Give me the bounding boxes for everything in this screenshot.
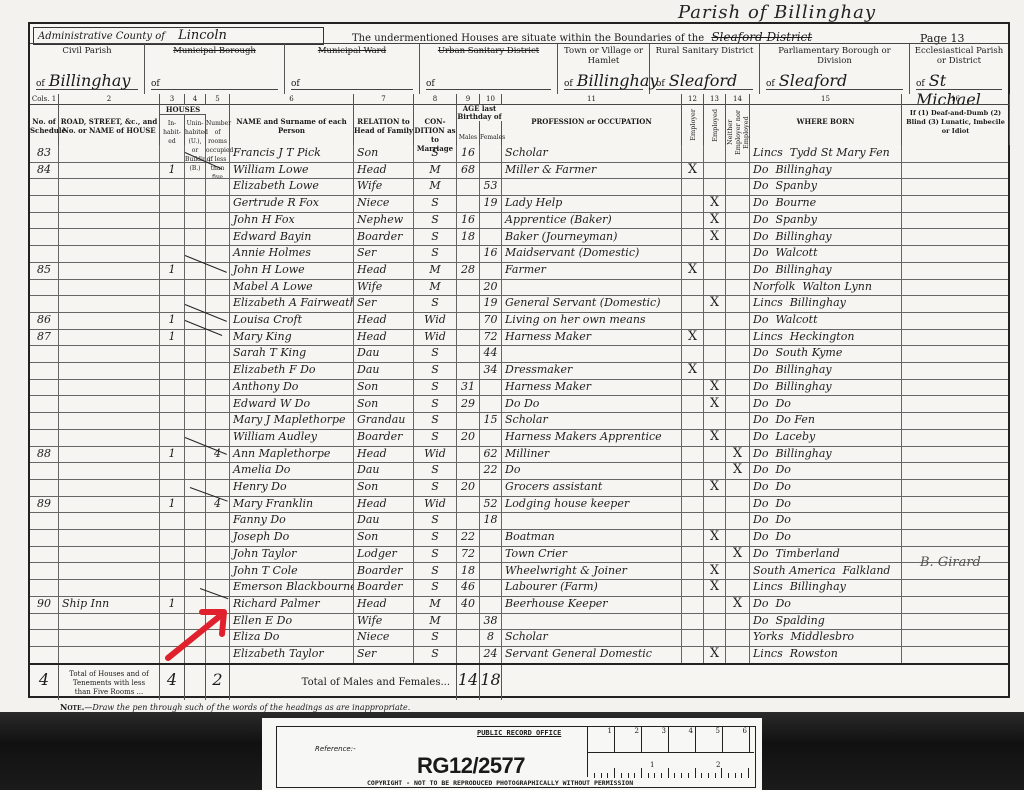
cell-empty: [902, 295, 1010, 312]
cell-employed: [704, 613, 726, 630]
district-label: Town or Village or Hamlet: [558, 46, 649, 66]
cell-empty: [185, 412, 206, 429]
cell-empty: [902, 596, 1010, 613]
ruler-tick: [614, 768, 615, 778]
cell-address: [59, 229, 160, 246]
cell-schedule: 88: [30, 446, 59, 463]
cell-male-age: 20: [457, 429, 480, 446]
cell-where-born: Do Bourne: [750, 195, 902, 212]
cell-occupation: Beerhouse Keeper: [502, 596, 682, 613]
cell-condition: S: [414, 563, 457, 580]
cell-male-age: 22: [457, 529, 480, 546]
cell-empty: [902, 479, 1010, 496]
cell-schedule: [30, 629, 59, 646]
cell-female-age: [480, 229, 502, 246]
cell-female-age: 19: [480, 195, 502, 212]
cell-inhabited: [160, 178, 185, 195]
cell-employed: [704, 596, 726, 613]
cell-name: Gertrude R Fox: [230, 195, 354, 212]
column-header-5: 5Number of rooms occupied if less than f…: [206, 94, 230, 145]
table-row: Elizabeth LoweWifeM53Do Spanby: [30, 178, 1008, 196]
cell-neither: [726, 145, 750, 162]
cell-rooms: [206, 178, 230, 195]
cell-rooms: [206, 379, 230, 396]
cell-condition: S: [414, 396, 457, 413]
cell-empty: [902, 646, 1010, 663]
table-row: Edward W DoSonS29Do DoXDo Do: [30, 396, 1008, 414]
total-males: 14: [457, 665, 480, 700]
cell-where-born: Lincs Billinghay: [750, 579, 902, 596]
table-row: 841William LoweHeadM68Miller & FarmerXDo…: [30, 162, 1008, 180]
cell-occupation: [502, 613, 682, 630]
cell-female-age: [480, 396, 502, 413]
cell-name: Mary Franklin: [230, 496, 354, 513]
district-field: Urban Sanitary Districtof: [420, 44, 558, 94]
table-row: Gertrude R FoxNieceS19Lady HelpXDo Bourn…: [30, 195, 1008, 213]
district-label: Municipal Borough: [145, 46, 284, 56]
ruler-tick: [728, 773, 729, 778]
cell-where-born: Do Billinghay: [750, 262, 902, 279]
cell-occupation: [502, 345, 682, 362]
cell-neither: [726, 629, 750, 646]
district-value: of: [151, 71, 278, 90]
cell-employed: X: [704, 646, 726, 663]
cell-empty: [902, 629, 1010, 646]
cell-neither: [726, 512, 750, 529]
cell-empty: [902, 412, 1010, 429]
cell-relation: Ser: [354, 646, 414, 663]
cell-female-age: 44: [480, 345, 502, 362]
cell-schedule: [30, 546, 59, 563]
cell-empty: [902, 262, 1010, 279]
cell-where-born: Norfolk Walton Lynn: [750, 279, 902, 296]
cell-where-born: Do Billinghay: [750, 446, 902, 463]
cell-neither: [726, 262, 750, 279]
reference-label-card: PUBLIC RECORD OFFICE Reference:- RG12/25…: [262, 718, 762, 790]
cell-rooms: [206, 396, 230, 413]
cell-condition: S: [414, 512, 457, 529]
cell-female-age: [480, 596, 502, 613]
cell-address: [59, 362, 160, 379]
reference-label: Reference:-: [315, 745, 356, 753]
cell-empty: [902, 279, 1010, 296]
cell-condition: S: [414, 245, 457, 262]
cell-condition: S: [414, 479, 457, 496]
cell-empty: [185, 262, 206, 279]
cell-employer: [682, 279, 704, 296]
cell-employer: [682, 546, 704, 563]
cell-schedule: [30, 579, 59, 596]
cell-schedule: [30, 396, 59, 413]
cell-neither: [726, 229, 750, 246]
ruler-cm-mark: 4: [669, 727, 696, 752]
cell-employed: X: [704, 396, 726, 413]
cell-employer: [682, 529, 704, 546]
cell-relation: Ser: [354, 295, 414, 312]
column-header-16: 16If (1) Deaf-and-Dumb (2) Blind (3) Lun…: [902, 94, 1010, 145]
cell-male-age: 72: [457, 546, 480, 563]
cell-schedule: 84: [30, 162, 59, 179]
cell-relation: Son: [354, 396, 414, 413]
district-label: Parliamentary Borough or Division: [760, 46, 909, 66]
ruler-cm-mark: 6: [723, 727, 750, 752]
total-schedules: 4: [30, 665, 59, 700]
cell-where-born: Do Do: [750, 529, 902, 546]
cell-male-age: [457, 362, 480, 379]
cell-occupation: Harness Makers Apprentice: [502, 429, 682, 446]
cell-rooms: [206, 345, 230, 362]
cell-relation: Ser: [354, 245, 414, 262]
cell-neither: [726, 412, 750, 429]
cell-relation: Lodger: [354, 546, 414, 563]
copyright-notice: COPYRIGHT - NOT TO BE REPRODUCED PHOTOGR…: [367, 779, 633, 787]
cell-name: Sarah T King: [230, 345, 354, 362]
cell-relation: Boarder: [354, 229, 414, 246]
cell-occupation: Grocers assistant: [502, 479, 682, 496]
cell-employer: [682, 396, 704, 413]
cell-where-born: Do South Kyme: [750, 345, 902, 362]
district-value: ofSt Michael: [916, 71, 1002, 90]
cell-employed: [704, 145, 726, 162]
cell-male-age: 28: [457, 262, 480, 279]
district-label: Urban Sanitary District: [420, 46, 557, 56]
cell-condition: S: [414, 229, 457, 246]
table-row: William AudleyBoarderS20Harness Makers A…: [30, 429, 1008, 447]
cell-empty: [185, 396, 206, 413]
cell-inhabited: [160, 379, 185, 396]
table-row: John T ColeBoarderS18Wheelwright & Joine…: [30, 563, 1008, 581]
cell-relation: Dau: [354, 345, 414, 362]
ruler-tick: [607, 773, 608, 778]
ruler-tick: [688, 773, 689, 778]
table-row: 83Francis J T PickSonS16ScholarLincs Tyd…: [30, 145, 1008, 163]
cell-male-age: [457, 312, 480, 329]
cell-employer: [682, 512, 704, 529]
cell-condition: S: [414, 345, 457, 362]
ruler-inch-num: 2: [716, 761, 720, 769]
cell-address: [59, 629, 160, 646]
cell-employer: [682, 195, 704, 212]
cell-employed: [704, 162, 726, 179]
cell-condition: S: [414, 546, 457, 563]
cell-relation: Boarder: [354, 563, 414, 580]
cell-where-born: Do Spalding: [750, 613, 902, 630]
cell-relation: Head: [354, 162, 414, 179]
cell-inhabited: 1: [160, 329, 185, 346]
cell-employed: [704, 362, 726, 379]
cell-empty: [902, 462, 1010, 479]
cell-schedule: [30, 429, 59, 446]
cell-relation: Niece: [354, 195, 414, 212]
cell-female-age: 62: [480, 446, 502, 463]
cell-empty: [185, 546, 206, 563]
cell-empty: [902, 579, 1010, 596]
cell-relation: Nephew: [354, 212, 414, 229]
cell-address: [59, 462, 160, 479]
ruler-tick: [721, 768, 722, 778]
cell-female-age: 34: [480, 362, 502, 379]
cell-occupation: Apprentice (Baker): [502, 212, 682, 229]
cell-name: Louisa Croft: [230, 312, 354, 329]
cell-neither: [726, 212, 750, 229]
cell-occupation: Scholar: [502, 145, 682, 162]
cell-condition: S: [414, 529, 457, 546]
district-label: Municipal Ward: [285, 46, 419, 56]
cell-female-age: [480, 479, 502, 496]
ruler-tick: [594, 773, 595, 778]
cell-empty: [185, 496, 206, 513]
cell-condition: M: [414, 262, 457, 279]
district-field: Municipal Wardof: [285, 44, 420, 94]
ruler-tick: [634, 773, 635, 778]
cell-employed: X: [704, 579, 726, 596]
cell-female-age: [480, 546, 502, 563]
cell-occupation: Farmer: [502, 262, 682, 279]
side-annotation: B. Girard: [920, 555, 981, 570]
cell-address: [59, 479, 160, 496]
cell-empty: [185, 563, 206, 580]
cell-female-age: 8: [480, 629, 502, 646]
cell-relation: Dau: [354, 362, 414, 379]
cell-neither: [726, 345, 750, 362]
cell-occupation: Do: [502, 462, 682, 479]
cell-empty: [902, 162, 1010, 179]
cell-occupation: Baker (Journeyman): [502, 229, 682, 246]
cell-name: Richard Palmer: [230, 596, 354, 613]
cell-female-age: 52: [480, 496, 502, 513]
cell-schedule: [30, 512, 59, 529]
cell-employer: [682, 412, 704, 429]
cell-inhabited: [160, 279, 185, 296]
cell-where-born: Lincs Tydd St Mary Fen: [750, 145, 902, 162]
column-header-4: 4Unin-habited (U.), or Building (B.): [185, 94, 206, 145]
cell-condition: M: [414, 596, 457, 613]
table-row: Emerson BlackbourneBoarderS46Labourer (F…: [30, 579, 1008, 597]
cell-rooms: [206, 579, 230, 596]
cell-female-age: 22: [480, 462, 502, 479]
footer-note: Note.—Draw the pen through such of the w…: [60, 702, 410, 712]
cell-schedule: [30, 229, 59, 246]
table-row: Henry DoSonS20Grocers assistantXDo Do: [30, 479, 1008, 497]
cell-neither: X: [726, 446, 750, 463]
cell-name: John H Lowe: [230, 262, 354, 279]
district-field: Parliamentary Borough or DivisionofSleaf…: [760, 44, 910, 94]
cell-neither: [726, 295, 750, 312]
cell-schedule: [30, 479, 59, 496]
cell-male-age: 31: [457, 379, 480, 396]
cell-employed: X: [704, 212, 726, 229]
district-field: Town or Village or HamletofBillinghay: [558, 44, 650, 94]
cell-name: Mary J Maplethorpe: [230, 412, 354, 429]
cell-empty: [185, 162, 206, 179]
cell-schedule: [30, 646, 59, 663]
column-header-14: 14Neither Employer nor Employed: [726, 94, 750, 145]
ruler-tick: [628, 773, 629, 778]
cell-empty: [902, 145, 1010, 162]
cell-neither: [726, 579, 750, 596]
cell-male-age: [457, 496, 480, 513]
cell-employed: [704, 262, 726, 279]
cell-empty: [185, 195, 206, 212]
cell-occupation: Lodging house keeper: [502, 496, 682, 513]
cell-condition: S: [414, 429, 457, 446]
cell-where-born: Do Billinghay: [750, 362, 902, 379]
cell-name: William Lowe: [230, 162, 354, 179]
ruler-tick: [621, 773, 622, 778]
cell-relation: Head: [354, 596, 414, 613]
cell-inhabited: [160, 479, 185, 496]
cell-condition: M: [414, 162, 457, 179]
cell-inhabited: 1: [160, 496, 185, 513]
cell-address: [59, 412, 160, 429]
cell-condition: S: [414, 579, 457, 596]
cell-employer: X: [682, 262, 704, 279]
cell-occupation: Living on her own means: [502, 312, 682, 329]
cell-name: Ann Maplethorpe: [230, 446, 354, 463]
cell-male-age: 16: [457, 145, 480, 162]
cell-occupation: Milliner: [502, 446, 682, 463]
cell-male-age: 40: [457, 596, 480, 613]
cell-address: [59, 613, 160, 630]
cell-inhabited: [160, 412, 185, 429]
cell-empty: [185, 212, 206, 229]
cell-neither: [726, 429, 750, 446]
cell-where-born: Do Timberland: [750, 546, 902, 563]
table-row: Amelia DoDauS22DoXDo Do: [30, 462, 1008, 480]
cell-address: [59, 162, 160, 179]
cell-relation: Grandau: [354, 412, 414, 429]
column-header-7: 7RELATION to Head of Family: [354, 94, 414, 145]
cell-male-age: 68: [457, 162, 480, 179]
cell-female-age: [480, 529, 502, 546]
cell-employed: X: [704, 229, 726, 246]
cell-schedule: [30, 212, 59, 229]
cell-relation: Wife: [354, 613, 414, 630]
cell-condition: S: [414, 145, 457, 162]
table-row: John TaylorLodgerS72Town CrierXDo Timber…: [30, 546, 1008, 564]
cell-inhabited: [160, 295, 185, 312]
cell-inhabited: [160, 579, 185, 596]
cell-where-born: Lincs Heckington: [750, 329, 902, 346]
cell-schedule: 86: [30, 312, 59, 329]
cell-employed: [704, 279, 726, 296]
cell-employed: [704, 446, 726, 463]
ruler-tick: [701, 773, 702, 778]
cell-schedule: [30, 178, 59, 195]
cell-female-age: [480, 563, 502, 580]
cell-empty: [185, 665, 206, 700]
cell-name: John H Fox: [230, 212, 354, 229]
cell-name: Francis J T Pick: [230, 145, 354, 162]
cell-empty: [902, 329, 1010, 346]
cell-where-born: Do Spanby: [750, 212, 902, 229]
houses-group-header: HOUSES: [160, 105, 206, 115]
cell-empty: [185, 229, 206, 246]
cell-empty: [902, 446, 1010, 463]
cell-employer: [682, 212, 704, 229]
cell-name: Joseph Do: [230, 529, 354, 546]
cell-relation: Head: [354, 446, 414, 463]
district-value: of: [426, 71, 551, 90]
ruler-cm-mark: 3: [642, 727, 669, 752]
cell-employer: [682, 646, 704, 663]
cell-condition: S: [414, 412, 457, 429]
cell-name: Elizabeth F Do: [230, 362, 354, 379]
cell-occupation: Harness Maker: [502, 329, 682, 346]
column-header-1: Cols. 1No. of Schedule: [30, 94, 59, 145]
cell-schedule: [30, 412, 59, 429]
cell-where-born: Do Laceby: [750, 429, 902, 446]
total-persons-label: Total of Males and Females...: [230, 665, 457, 700]
divider: [30, 43, 1008, 44]
cell-name: Elizabeth Lowe: [230, 178, 354, 195]
cell-relation: Head: [354, 262, 414, 279]
table-row: 861Louisa CroftHeadWid70Living on her ow…: [30, 312, 1008, 330]
cell-employed: [704, 546, 726, 563]
cell-schedule: 83: [30, 145, 59, 162]
cell-male-age: 18: [457, 229, 480, 246]
cell-employer: X: [682, 329, 704, 346]
cell-employed: X: [704, 563, 726, 580]
cell-male-age: [457, 446, 480, 463]
cell-address: [59, 212, 160, 229]
cell-employer: [682, 446, 704, 463]
cell-occupation: Do Do: [502, 396, 682, 413]
totals-row: 4Total of Houses and of Tenements with l…: [30, 663, 1008, 700]
cell-occupation: Maidservant (Domestic): [502, 245, 682, 262]
cell-inhabited: [160, 245, 185, 262]
cell-where-born: Do Billinghay: [750, 379, 902, 396]
cell-name: Edward W Do: [230, 396, 354, 413]
cell-where-born: Do Do: [750, 596, 902, 613]
cell-inhabited: [160, 396, 185, 413]
cell-rooms: [206, 512, 230, 529]
cell-condition: Wid: [414, 446, 457, 463]
table-row: Elizabeth F DoDauS34DressmakerXDo Billin…: [30, 362, 1008, 380]
cell-address: [59, 396, 160, 413]
cell-name: William Audley: [230, 429, 354, 446]
cell-schedule: [30, 279, 59, 296]
table-row: Sarah T KingDauS44Do South Kyme: [30, 345, 1008, 363]
cell-male-age: [457, 462, 480, 479]
ruler-inch-row: 12: [588, 752, 754, 778]
cell-address: [59, 145, 160, 162]
cell-condition: S: [414, 295, 457, 312]
cell-condition: M: [414, 613, 457, 630]
district-label: Rural Sanitary District: [650, 46, 759, 56]
cell-condition: S: [414, 362, 457, 379]
boundary-text: The undermentioned Houses are situate wi…: [352, 30, 812, 44]
cell-empty: [902, 212, 1010, 229]
cell-where-born: Do Do: [750, 512, 902, 529]
cell-relation: Boarder: [354, 429, 414, 446]
cell-employed: [704, 245, 726, 262]
cell-inhabited: [160, 429, 185, 446]
cell-female-age: 20: [480, 279, 502, 296]
ruler-tick: [748, 768, 749, 778]
cell-male-age: [457, 412, 480, 429]
cell-inhabited: [160, 512, 185, 529]
cell-rooms: [206, 529, 230, 546]
cell-employed: [704, 178, 726, 195]
cell-male-age: 18: [457, 563, 480, 580]
cell-employed: [704, 312, 726, 329]
cell-name: Ellen E Do: [230, 613, 354, 630]
cell-occupation: General Servant (Domestic): [502, 295, 682, 312]
cell-employer: [682, 379, 704, 396]
cell-empty: [185, 462, 206, 479]
table-row: Fanny DoDauS18Do Do: [30, 512, 1008, 530]
